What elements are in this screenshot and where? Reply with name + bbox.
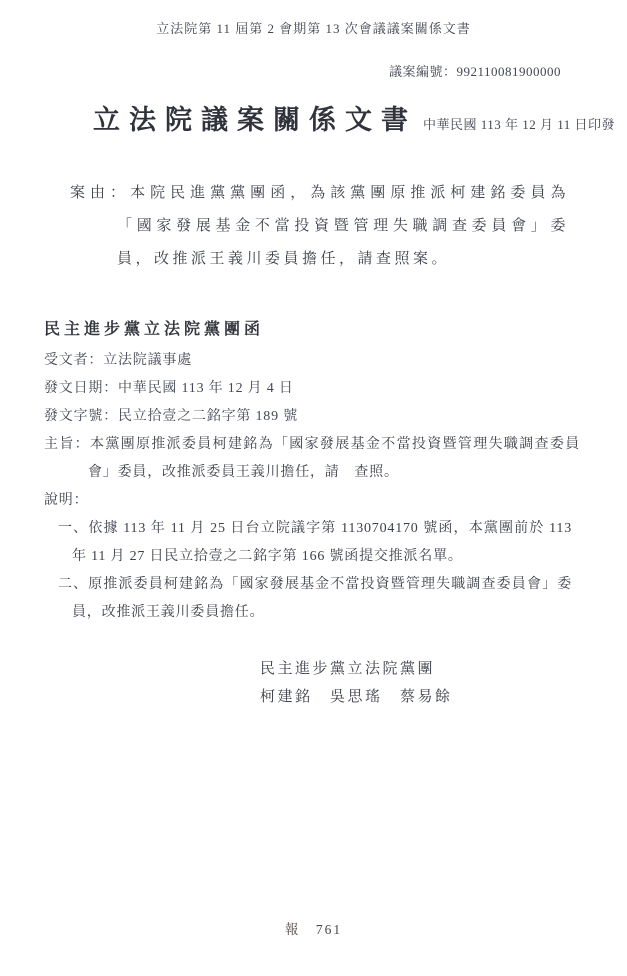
case-summary-text: 本院民進黨黨團函，為該黨團原推派柯建銘委員為「國家發展基金不當投資暨管理失職調查… <box>117 185 569 267</box>
signature-block: 民主進步黨立法院黨團 柯建銘 吳思瑤 蔡易餘 <box>260 655 627 711</box>
letter-issue-date: 發文日期：中華民國 113 年 12 月 4 日 <box>44 375 627 403</box>
item-1-number: 一、 <box>58 521 88 536</box>
subject-label: 主旨： <box>44 437 90 452</box>
item-2-number: 二、 <box>58 577 88 592</box>
explanation-label: 說明： <box>44 487 627 515</box>
letter-ref-number: 發文字號：民立拾壹之二銘字第 189 號 <box>44 403 627 431</box>
letter-meta: 受文者：立法院議事處 發文日期：中華民國 113 年 12 月 4 日 發文字號… <box>44 347 627 431</box>
signature-organization: 民主進步黨立法院黨團 <box>260 655 627 683</box>
letter-subject: 主旨：本黨團原推派委員柯建銘為「國家發展基金不當投資暨管理失職調查委員會」委員，… <box>44 431 580 487</box>
case-summary: 案由：本院民進黨黨團函，為該黨團原推派柯建銘委員為「國家發展基金不當投資暨管理失… <box>70 177 569 276</box>
title-row: 立法院議案關係文書 中華民國 113 年 12 月 11 日印發 <box>93 98 627 137</box>
case-number: 議案編號：992110081900000 <box>0 61 627 80</box>
document-title: 立法院議案關係文書 <box>93 105 417 135</box>
letter-heading: 民主進步黨立法院黨團函 <box>44 316 627 339</box>
subject-text: 本黨團原推派委員柯建銘為「國家發展基金不當投資暨管理失職調查委員會」委員，改推派… <box>88 437 580 480</box>
explanation-item-2: 二、原推派委員柯建銘為「國家發展基金不當投資暨管理失職調查委員會」委員，改推派王… <box>44 571 572 627</box>
item-2-text: 原推派委員柯建銘為「國家發展基金不當投資暨管理失職調查委員會」委員，改推派王義川… <box>72 577 572 620</box>
signature-names: 柯建銘 吳思瑤 蔡易餘 <box>260 683 627 711</box>
explanation-item-1: 一、依據 113 年 11 月 25 日台立院議字第 1130704170 號函… <box>44 515 572 571</box>
item-1-text: 依據 113 年 11 月 25 日台立院議字第 1130704170 號函，本… <box>72 521 572 564</box>
session-header: 立法院第 11 屆第 2 會期第 13 次會議議案關係文書 <box>0 0 627 37</box>
page-number-footer: 報 761 <box>0 918 627 938</box>
print-date: 中華民國 113 年 12 月 11 日印發 <box>423 117 615 132</box>
letter-recipient: 受文者：立法院議事處 <box>44 347 627 375</box>
document-page: 立法院第 11 屆第 2 會期第 13 次會議議案關係文書 議案編號：99211… <box>0 0 627 976</box>
case-summary-label: 案由： <box>70 185 130 201</box>
